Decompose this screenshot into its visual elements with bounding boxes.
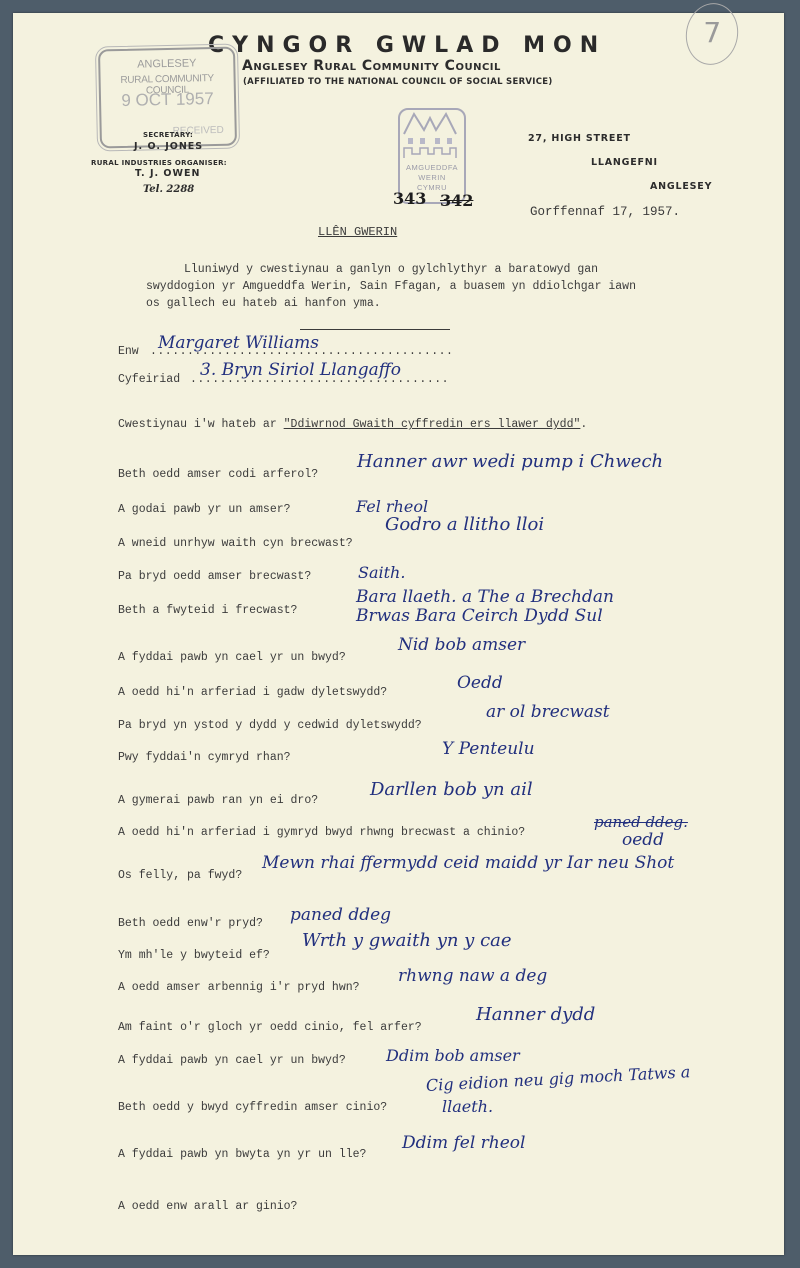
question-11: A oedd hi'n arferiad i gymryd bwyd rhwng… bbox=[118, 826, 525, 839]
question-19: A fyddai pawb yn bwyta yn yr un lle? bbox=[118, 1148, 366, 1161]
archive-number: 343 bbox=[393, 189, 426, 208]
intro-line-1: Lluniwyd y cwestiynau a ganlyn o gylchly… bbox=[184, 263, 598, 276]
answer-17[interactable]: Ddim bob amser bbox=[386, 1046, 520, 1065]
answer-7[interactable]: Oedd bbox=[457, 673, 503, 693]
name-label: Enw bbox=[118, 345, 139, 358]
answer-6[interactable]: Nid bob amser bbox=[398, 635, 525, 655]
question-8: Pa bryd yn ystod y dydd y cedwid dyletsw… bbox=[118, 719, 422, 732]
question-20: A oedd enw arall ar ginio? bbox=[118, 1200, 297, 1213]
name-value[interactable]: Margaret Williams bbox=[158, 333, 319, 353]
question-15: A oedd amser arbennig i'r pryd hwn? bbox=[118, 981, 360, 994]
topic-title: "Ddiwrnod Gwaith cyffredin ers llawer dy… bbox=[284, 418, 581, 431]
question-1: Beth oedd amser codi arferol? bbox=[118, 468, 318, 481]
address-line-county: ANGLESEY bbox=[650, 181, 712, 192]
question-7: A oedd hi'n arferiad i gadw dyletswydd? bbox=[118, 686, 387, 699]
question-17: A fyddai pawb yn cael yr un bwyd? bbox=[118, 1054, 346, 1067]
intro-line-2: swyddogion yr Amgueddfa Werin, Sain Ffag… bbox=[146, 280, 636, 293]
question-18: Beth oedd y bwyd cyffredin amser cinio? bbox=[118, 1101, 387, 1114]
intro-line-3: os gallech eu hateb ai hanfon yma. bbox=[146, 297, 381, 310]
answer-14[interactable]: Wrth y gwaith yn y cae bbox=[302, 930, 512, 951]
address-label: Cyfeiriad bbox=[118, 373, 180, 386]
answer-9[interactable]: Y Penteulu bbox=[442, 739, 535, 759]
question-2: A godai pawb yr un amser? bbox=[118, 503, 291, 516]
answer-4[interactable]: Saith. bbox=[358, 563, 405, 582]
question-13: Beth oedd enw'r pryd? bbox=[118, 917, 263, 930]
answer-10[interactable]: Darllen bob yn ail bbox=[370, 779, 533, 800]
organiser-name: T. J. OWEN bbox=[135, 168, 200, 179]
letter-date: Gorffennaf 17, 1957. bbox=[530, 205, 680, 219]
topic-suffix: . bbox=[580, 418, 587, 431]
answer-15[interactable]: rhwng naw a deg bbox=[398, 966, 547, 986]
museum-stamp-line1: AMGUEDDFA bbox=[400, 163, 464, 172]
answer-18-continued[interactable]: llaeth. bbox=[442, 1097, 493, 1116]
question-16: Am faint o'r gloch yr oedd cinio, fel ar… bbox=[118, 1021, 422, 1034]
answer-8[interactable]: ar ol brecwast bbox=[486, 702, 610, 722]
answer-12[interactable]: Mewn rhai ffermydd ceid maidd yr Iar neu… bbox=[262, 853, 674, 873]
secretary-name: J. O. JONES bbox=[134, 141, 203, 152]
topic-line: Cwestiynau i'w hateb ar "Ddiwrnod Gwaith… bbox=[118, 418, 587, 431]
answer-16[interactable]: Hanner dydd bbox=[476, 1004, 595, 1025]
organiser-label: RURAL INDUSTRIES ORGANISER: bbox=[91, 159, 227, 167]
divider-rule bbox=[300, 329, 450, 330]
address-line-town: LLANGEFNI bbox=[591, 157, 658, 168]
letterhead-affiliation: (AFFILIATED TO THE NATIONAL COUNCIL OF S… bbox=[243, 77, 553, 87]
answer-5[interactable]: Bara llaeth. a The a Brechdan bbox=[356, 587, 614, 607]
castle-icon bbox=[398, 108, 462, 160]
address-value[interactable]: 3. Bryn Siriol Llangaffo bbox=[200, 360, 401, 380]
museum-stamp-line2: WERIN bbox=[400, 173, 464, 182]
page-number: 7 bbox=[687, 16, 737, 49]
answer-11-struck: paned ddeg. bbox=[594, 813, 688, 831]
question-9: Pwy fyddai'n cymryd rhan? bbox=[118, 751, 291, 764]
answer-5-continued[interactable]: Brwas Bara Ceirch Dydd Sul bbox=[356, 606, 603, 626]
secretary-label: SECRETARY: bbox=[143, 131, 193, 139]
question-12: Os felly, pa fwyd? bbox=[118, 869, 242, 882]
question-3: A wneid unrhyw waith cyn brecwast? bbox=[118, 537, 353, 550]
question-5: Beth a fwyteid i frecwast? bbox=[118, 604, 297, 617]
topic-prefix: Cwestiynau i'w hateb ar bbox=[118, 418, 284, 431]
letterhead-subtitle: Anglesey Rural Community Council bbox=[242, 58, 501, 74]
stamp-date: 9 OCT 1957 bbox=[101, 89, 234, 112]
question-10: A gymerai pawb ran yn ei dro? bbox=[118, 794, 318, 807]
answer-3[interactable]: Godro a llitho lloi bbox=[385, 514, 544, 535]
telephone: Tel. 2288 bbox=[143, 184, 194, 195]
answer-13[interactable]: paned ddeg bbox=[290, 905, 391, 925]
document-heading: LLÊN GWERIN bbox=[318, 225, 397, 239]
question-14: Ym mh'le y bwyteid ef? bbox=[118, 949, 270, 962]
question-6: A fyddai pawb yn cael yr un bwyd? bbox=[118, 651, 346, 664]
address-line-street: 27, HIGH STREET bbox=[528, 133, 631, 144]
answer-19[interactable]: Ddim fel rheol bbox=[402, 1133, 525, 1153]
question-4: Pa bryd oedd amser brecwast? bbox=[118, 570, 311, 583]
archive-number-struck: 342 bbox=[440, 191, 473, 210]
answer-1[interactable]: Hanner awr wedi pump i Chwech bbox=[357, 451, 663, 472]
stamp-line-anglesey: ANGLESEY bbox=[100, 57, 233, 72]
letterhead-title: CYNGOR GWLAD MON bbox=[208, 33, 606, 58]
answer-11[interactable]: oedd bbox=[622, 830, 664, 850]
